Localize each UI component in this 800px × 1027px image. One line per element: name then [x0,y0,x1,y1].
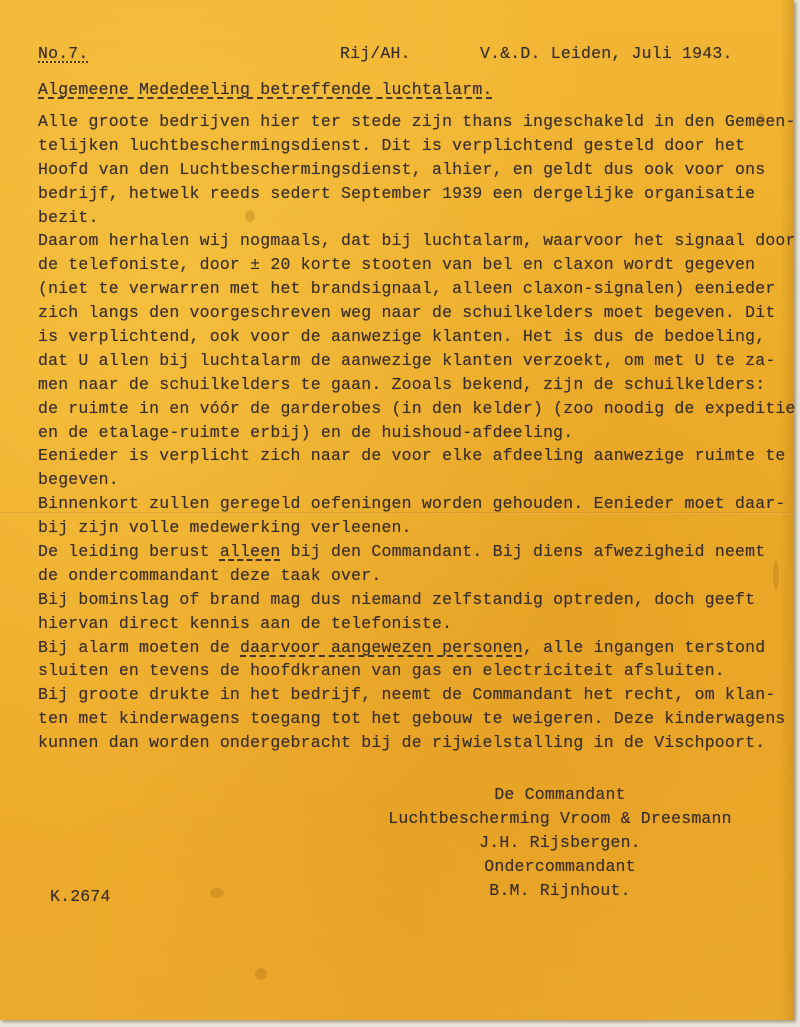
body-line: (niet te verwarren met het brandsignaal,… [38,277,778,301]
reference-code: Rij/AH. [340,44,411,63]
underlined-phrase: daarvoor aangewezen personen [240,638,523,657]
body-line: De leiding berust alleen bij den Command… [38,540,778,564]
document-number: No.7. [38,44,89,63]
body-line: Bij groote drukte in het bedrijf, neemt … [38,683,778,707]
body-line: Hoofd van den Luchtbeschermingsdienst, a… [38,158,778,182]
body-line: kunnen dan worden ondergebracht bij de r… [38,731,778,755]
body-line: begeven. [38,468,778,492]
letter-title: Algemeene Mededeeling betreffende luchta… [38,80,493,99]
body-line: de telefoniste, door ± 20 korte stooten … [38,253,778,277]
body-line: bij zijn volle medewerking verleenen. [38,516,778,540]
signature-line: De Commandant [350,783,770,807]
body-line: Daarom herhalen wij nogmaals, dat bij lu… [38,229,778,253]
place-and-date: V.&.D. Leiden, Juli 1943. [480,44,733,63]
body-line: is verplichtend, ook voor de aanwezige k… [38,325,778,349]
underlined-phrase: alleen [220,542,281,561]
body-line: dat U allen bij luchtalarm de aanwezige … [38,349,778,373]
body-line: en de etalage-ruimte erbij) en de huisho… [38,421,778,445]
typed-letter-sheet: No.7. Rij/AH. V.&.D. Leiden, Juli 1943. … [0,0,794,1020]
body-line: Bij bominslag of brand mag dus niemand z… [38,588,778,612]
body-line: Binnenkort zullen geregeld oefeningen wo… [38,492,778,516]
body-line: sluiten en tevens de hoofdkranen van gas… [38,659,778,683]
signature-block: De CommandantLuchtbescherming Vroom & Dr… [350,783,770,903]
body-line: Eenieder is verplicht zich naar de voor … [38,444,778,468]
signature-line: J.H. Rijsbergen. [350,831,770,855]
body-line: bedrijf, hetwelk reeds sedert September … [38,182,778,206]
signature-line: Ondercommandant [350,855,770,879]
body-line: de ondercommandant deze taak over. [38,564,778,588]
body-line: Bij alarm moeten de daarvoor aangewezen … [38,636,778,660]
letter-body: Alle groote bedrijven hier ter stede zij… [38,110,778,755]
signature-line: Luchtbescherming Vroom & Dreesmann [350,807,770,831]
body-line: bezit. [38,206,778,230]
body-line: men naar de schuilkelders te gaan. Zooal… [38,373,778,397]
body-line: hiervan direct kennis aan de telefoniste… [38,612,778,636]
body-line: de ruimte in en vóór de garderobes (in d… [38,397,778,421]
stain-spot [210,888,224,898]
body-line: Alle groote bedrijven hier ter stede zij… [38,110,778,134]
letter-header: No.7. Rij/AH. V.&.D. Leiden, Juli 1943. [0,44,794,68]
archive-number: K.2674 [50,887,111,906]
signature-line: B.M. Rijnhout. [350,879,770,903]
body-line: ten met kinderwagens toegang tot het geb… [38,707,778,731]
stain-spot [255,968,267,980]
body-line: zich langs den voorgeschreven weg naar d… [38,301,778,325]
body-line: telijken luchtbeschermingsdienst. Dit is… [38,134,778,158]
